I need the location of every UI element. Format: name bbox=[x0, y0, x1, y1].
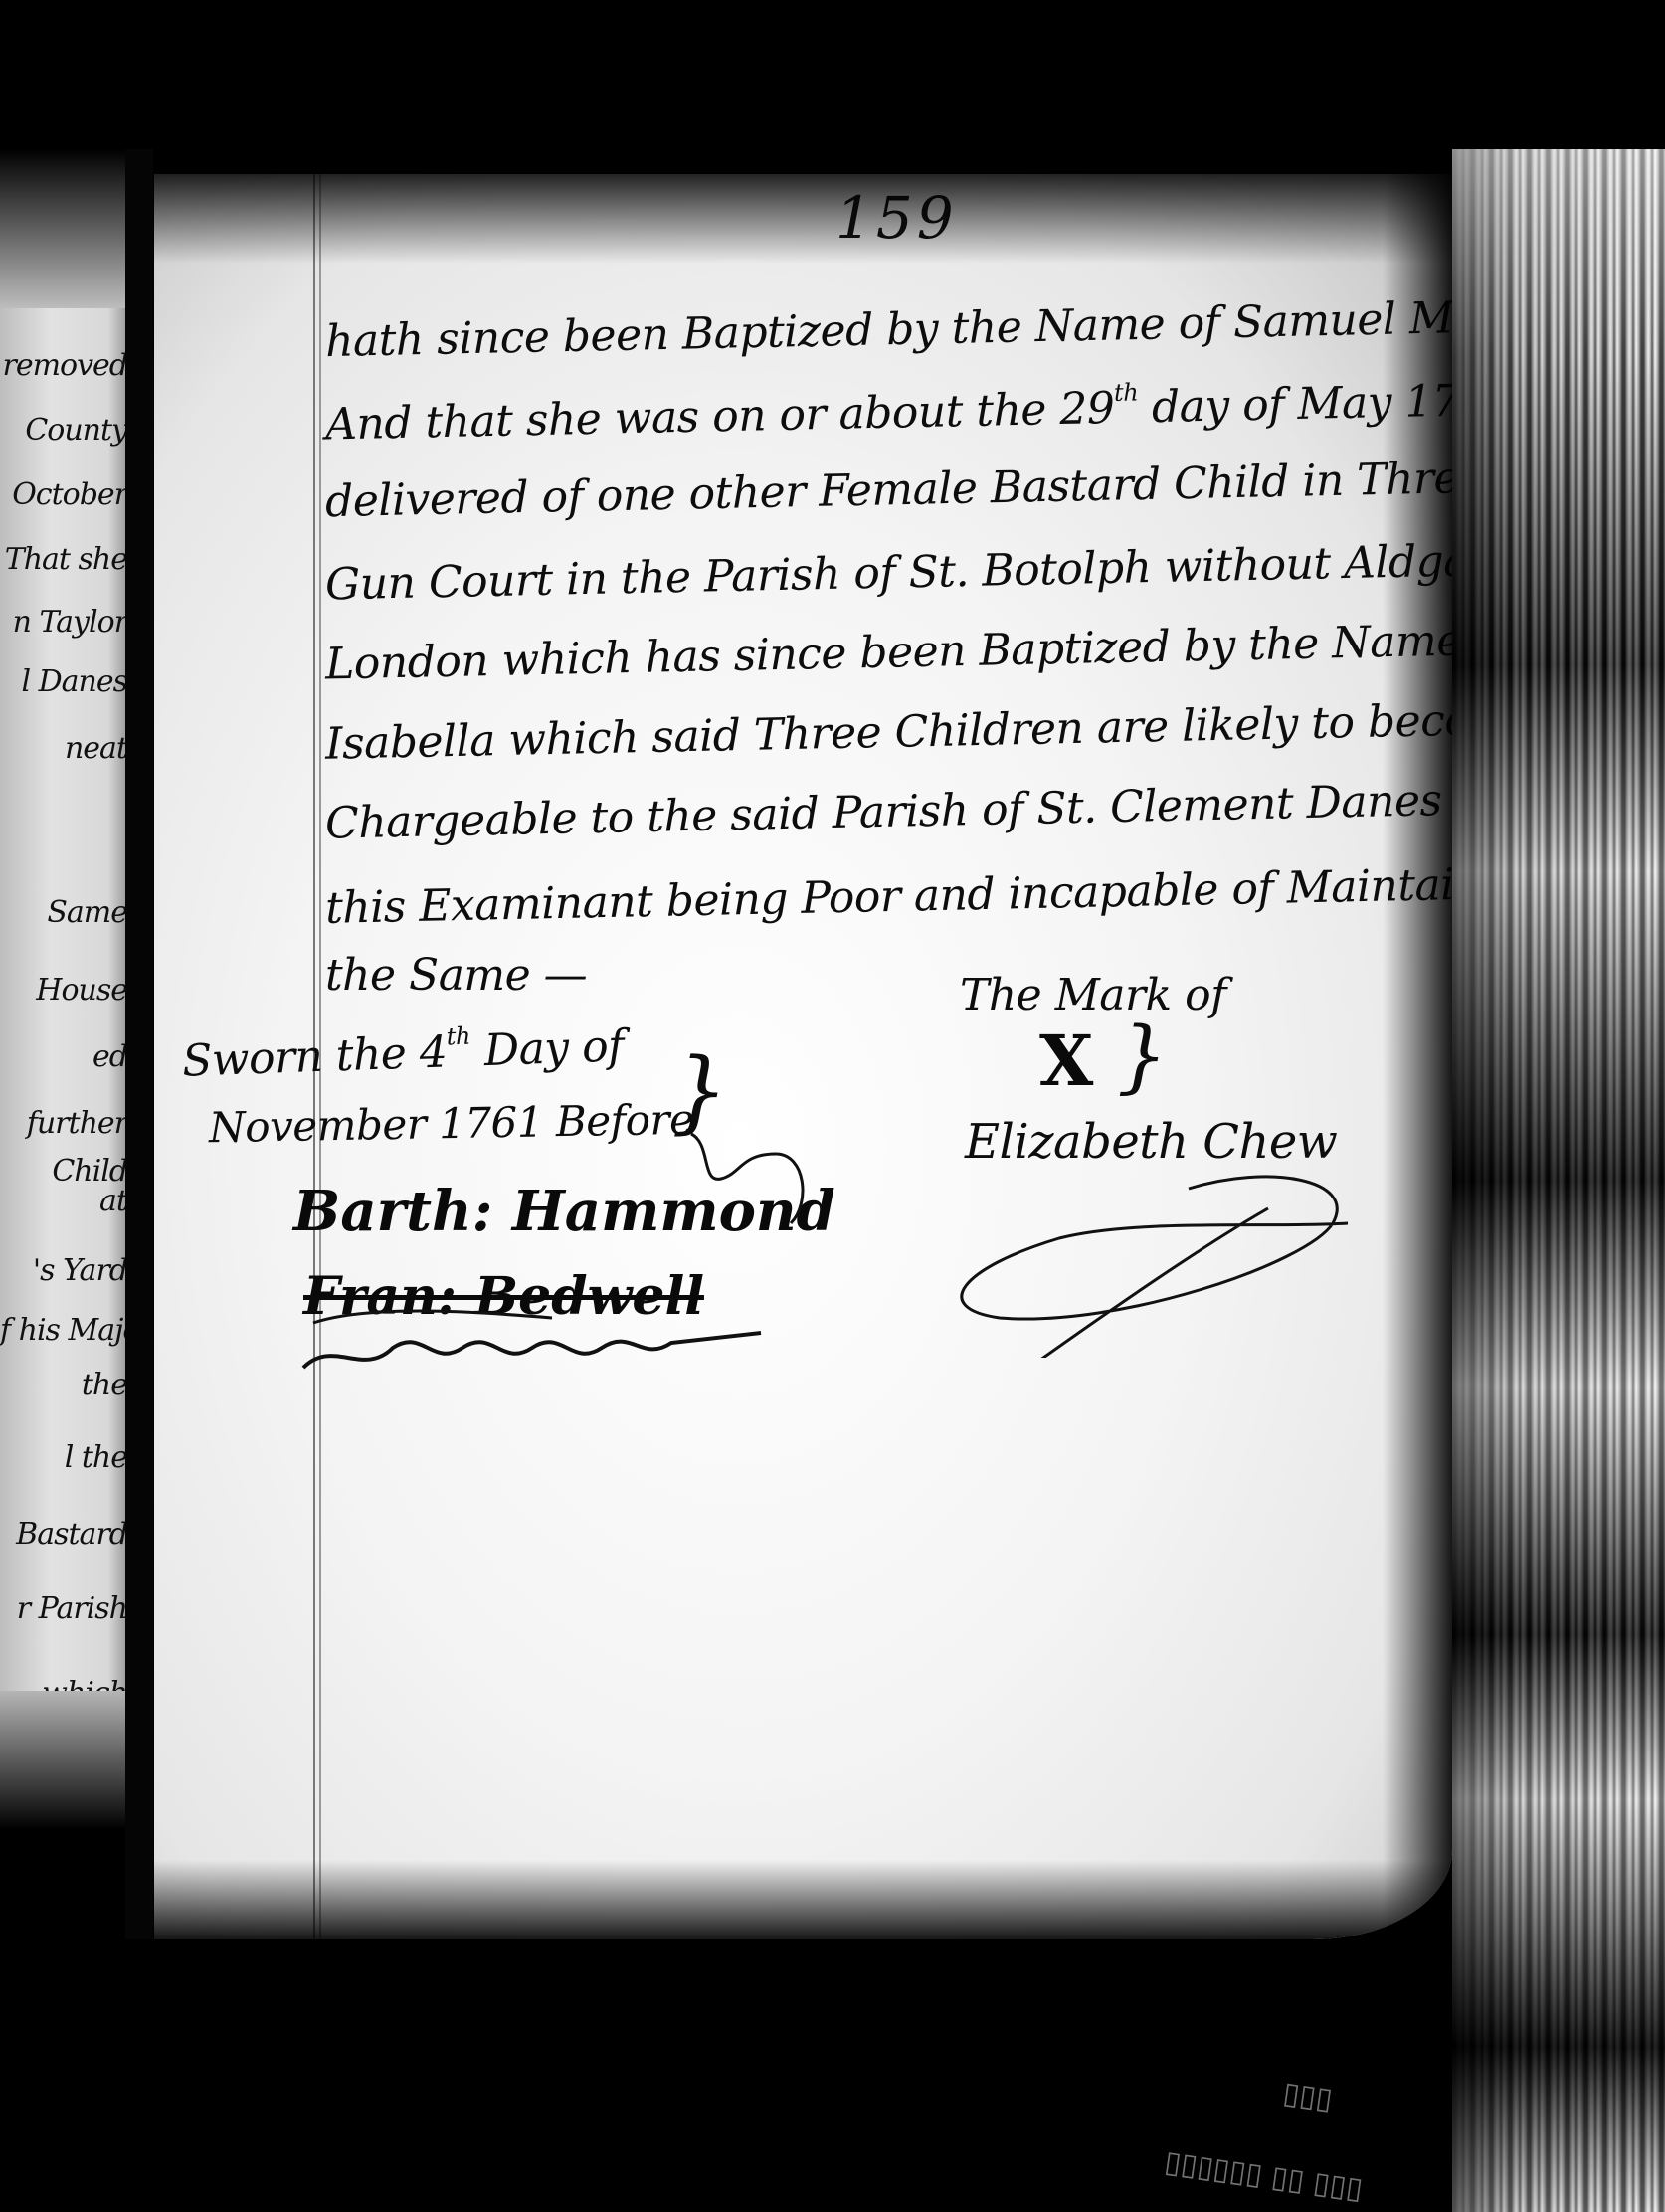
page-top-shadow bbox=[154, 174, 1452, 264]
prev-page-fragment: n Taylor bbox=[0, 605, 127, 640]
prev-page-fragment: 's Yard bbox=[0, 1253, 127, 1288]
prev-page-fragment: That she bbox=[0, 542, 127, 577]
signature-flourish-icon bbox=[293, 1308, 791, 1387]
prev-page-fragment: County bbox=[0, 413, 127, 448]
jurat-line-2: November 1761 Before bbox=[209, 1095, 694, 1152]
body-line: Chargeable to the said Parish of St. Cle… bbox=[325, 773, 1452, 848]
bleed-through-text: ▯▯▯ ▯▯ ▯▯▯▯▯▯ bbox=[1163, 2144, 1366, 2207]
signature-flourish-icon bbox=[940, 1169, 1368, 1358]
body-line: delivered of one other Female Bastard Ch… bbox=[325, 453, 1452, 527]
prev-page-fragment: Bastard bbox=[0, 1517, 127, 1552]
body-line: this Examinant being Poor and incapable … bbox=[325, 857, 1452, 934]
brace-flourish-icon bbox=[681, 1124, 821, 1243]
prev-page-fragment: l Danes bbox=[0, 664, 127, 699]
previous-page-sliver: removed County October That she n Taylor… bbox=[0, 288, 127, 1721]
prev-page-fragment: r Parish bbox=[0, 1591, 127, 1626]
body-line: the Same — bbox=[325, 950, 587, 1001]
jurat-line-1: Sworn the 4th Day of bbox=[181, 1016, 625, 1086]
prev-page-fragment: removed bbox=[0, 348, 127, 383]
prev-page-fragment: neat bbox=[0, 731, 127, 766]
body-line: And that she was on or about the 29th da… bbox=[325, 370, 1452, 450]
prev-page-fragment: the bbox=[0, 1368, 127, 1402]
bleed-through-text: ▯▯▯ bbox=[1281, 2076, 1335, 2118]
scan-edge-shadow bbox=[1452, 149, 1665, 2212]
prev-page-fragment: October bbox=[0, 477, 127, 512]
body-line: London which has since been Baptized by … bbox=[325, 614, 1452, 689]
prev-page-fragment: l the bbox=[0, 1440, 127, 1475]
prev-page-fragment: f his Majesty bbox=[0, 1313, 127, 1348]
mark-label: The Mark of bbox=[960, 970, 1226, 1020]
prev-page-fragment: House bbox=[0, 973, 127, 1008]
prev-page-fragment: Same bbox=[0, 895, 127, 930]
body-line: hath since been Baptized by the Name of … bbox=[325, 290, 1452, 367]
brace-icon: } bbox=[1117, 1010, 1167, 1102]
microfilm-scan: removed County October That she n Taylor… bbox=[0, 0, 1665, 2212]
prev-page-bottom-shadow bbox=[0, 1691, 127, 1830]
book-gutter bbox=[125, 149, 153, 1939]
body-line: Gun Court in the Parish of St. Botolph w… bbox=[325, 535, 1452, 611]
examinant-name: Elizabeth Chew bbox=[965, 1114, 1337, 1170]
prev-page-top-shadow bbox=[0, 149, 127, 308]
page-right-shadow bbox=[1383, 174, 1452, 1939]
top-dark-border bbox=[0, 0, 1665, 149]
examinant-mark: X bbox=[1039, 1019, 1093, 1102]
prev-page-fragment: at bbox=[0, 1184, 127, 1218]
prev-page-fragment: further bbox=[0, 1106, 127, 1141]
prev-page-fragment: ed bbox=[0, 1039, 127, 1074]
document-page: 159 hath since been Baptized by the Name… bbox=[154, 174, 1452, 1939]
body-line: Isabella which said Three Children are l… bbox=[325, 693, 1452, 770]
page-bottom-shadow bbox=[154, 1860, 1452, 1939]
